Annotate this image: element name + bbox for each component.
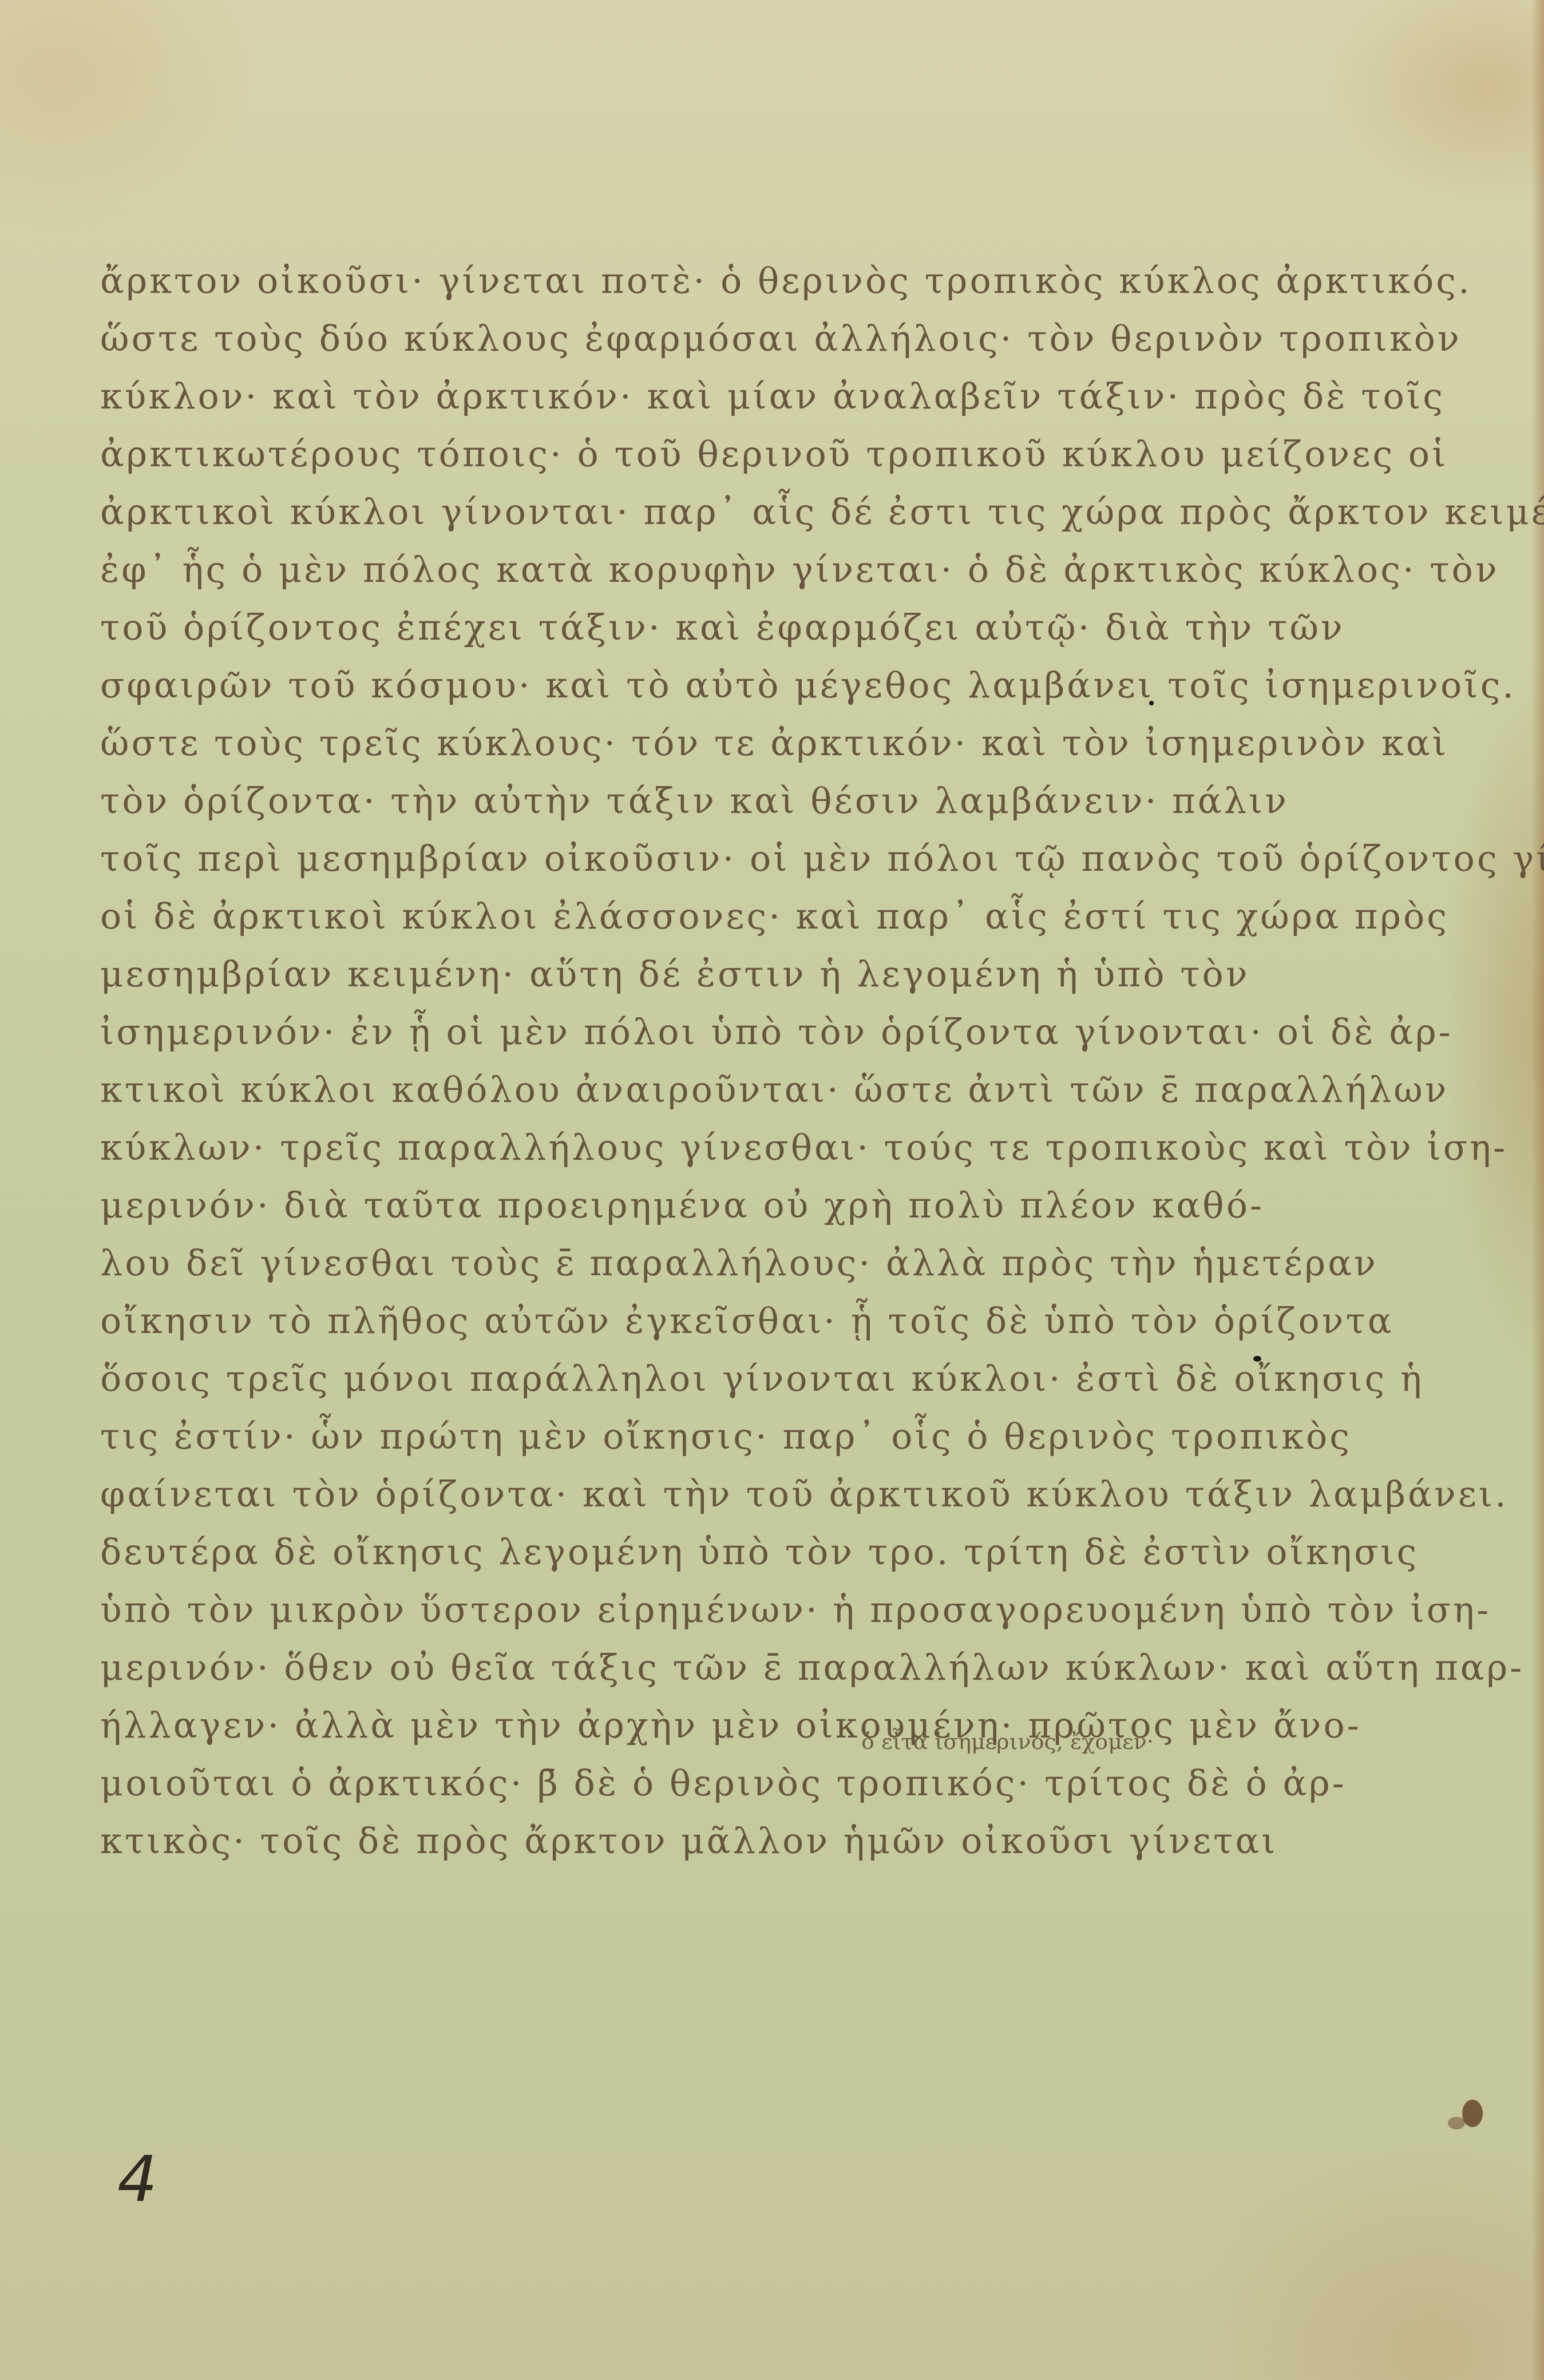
text-line: ήλλαγεν· ἀλλὰ μὲν τὴν ἀρχὴν μὲν οἰκουμέν… — [100, 1696, 1361, 1754]
text-line: ἰσημερινόν· ἐν ᾗ οἱ μὲν πόλοι ὑπὸ τὸν ὁρ… — [100, 1003, 1453, 1061]
text-line: ὅσοις τρεῖς μόνοι παράλληλοι γίνονται κύ… — [100, 1350, 1424, 1407]
text-line: κύκλον· καὶ τὸν ἀρκτικόν· καὶ μίαν ἀναλα… — [100, 367, 1445, 425]
text-line: κτικοὶ κύκλοι καθόλου ἀναιροῦνται· ὥστε … — [100, 1061, 1449, 1118]
manuscript-page: ἄρκτον οἰκοῦσι· γίνεται ποτὲ· ὁ θερινὸς … — [0, 0, 1544, 2380]
text-line: μερινόν· ὅθεν οὐ θεῖα τάξις τῶν ε̄ παραλ… — [100, 1639, 1524, 1696]
text-line: οἴκησιν τὸ πλῆθος αὐτῶν ἐγκεῖσθαι· ᾗ τοῖ… — [100, 1292, 1394, 1350]
text-line: ὑπὸ τὸν μικρὸν ὕστερον εἰρημένων· ἡ προσ… — [100, 1581, 1491, 1639]
text-line: τοῦ ὁρίζοντος ἐπέχει τάξιν· καὶ ἐφαρμόζε… — [100, 598, 1345, 656]
text-line: μερινόν· διὰ ταῦτα προειρημένα οὐ χρὴ πο… — [100, 1176, 1264, 1234]
text-line: ἄρκτον οἰκοῦσι· γίνεται ποτὲ· ὁ θερινὸς … — [100, 252, 1472, 310]
text-line: ἀρκτικωτέρους τόποις· ὁ τοῦ θερινοῦ τροπ… — [100, 425, 1448, 483]
text-line: δευτέρα δὲ οἴκησις λεγομένη ὑπὸ τὸν τρο.… — [100, 1523, 1419, 1581]
text-line: λου δεῖ γίνεσθαι τοὺς ε̄ παραλλήλους· ἀλ… — [100, 1234, 1378, 1292]
text-line: ὥστε τοὺς δύο κύκλους ἐφαρμόσαι ἀλλήλοις… — [100, 310, 1462, 367]
text-line: κύκλων· τρεῖς παραλλήλους γίνεσθαι· τούς… — [100, 1118, 1507, 1176]
text-line: μοιοῦται ὁ ἀρκτικός· β̄ δὲ ὁ θερινὸς τρο… — [100, 1754, 1347, 1812]
text-line: μεσημβρίαν κειμένη· αὕτη δέ ἐστιν ἡ λεγο… — [100, 945, 1250, 1003]
text-line: φαίνεται τὸν ὁρίζοντα· καὶ τὴν τοῦ ἀρκτι… — [100, 1465, 1509, 1523]
text-line: οἱ δὲ ἀρκτικοὶ κύκλοι ἐλάσσονες· καὶ παρ… — [100, 887, 1449, 945]
folio-number: 4 — [117, 2143, 157, 2216]
text-line: ὥστε τοὺς τρεῖς κύκλους· τόν τε ἀρκτικόν… — [100, 714, 1448, 772]
ink-stain — [1462, 2100, 1483, 2127]
text-line: κτικὸς· τοῖς δὲ πρὸς ἄρκτον μᾶλλον ἡμῶν … — [100, 1812, 1278, 1870]
text-line: τις ἐστίν· ὧν πρώτη μὲν οἴκησις· παρ᾽ οἷ… — [100, 1407, 1352, 1465]
text-line: ἐφ᾽ ἧς ὁ μὲν πόλος κατὰ κορυφὴν γίνεται·… — [100, 541, 1499, 598]
ink-stain — [1448, 2117, 1465, 2129]
text-line: ἀρκτικοὶ κύκλοι γίνονται· παρ᾽ αἷς δέ ἐσ… — [100, 483, 1544, 541]
interlinear-gloss: ὁ εἶτα ἰσημερινός, ἔχομεν· — [861, 1729, 1154, 1754]
page-edge-shadow — [1531, 0, 1544, 2380]
text-line: σφαιρῶν τοῦ κόσμου· καὶ τὸ αὐτὸ μέγεθος … — [100, 656, 1516, 714]
text-line: τοῖς περὶ μεσημβρίαν οἰκοῦσιν· οἱ μὲν πό… — [100, 830, 1544, 887]
text-line: τὸν ὁρίζοντα· τὴν αὐτὴν τάξιν καὶ θέσιν … — [100, 772, 1289, 830]
